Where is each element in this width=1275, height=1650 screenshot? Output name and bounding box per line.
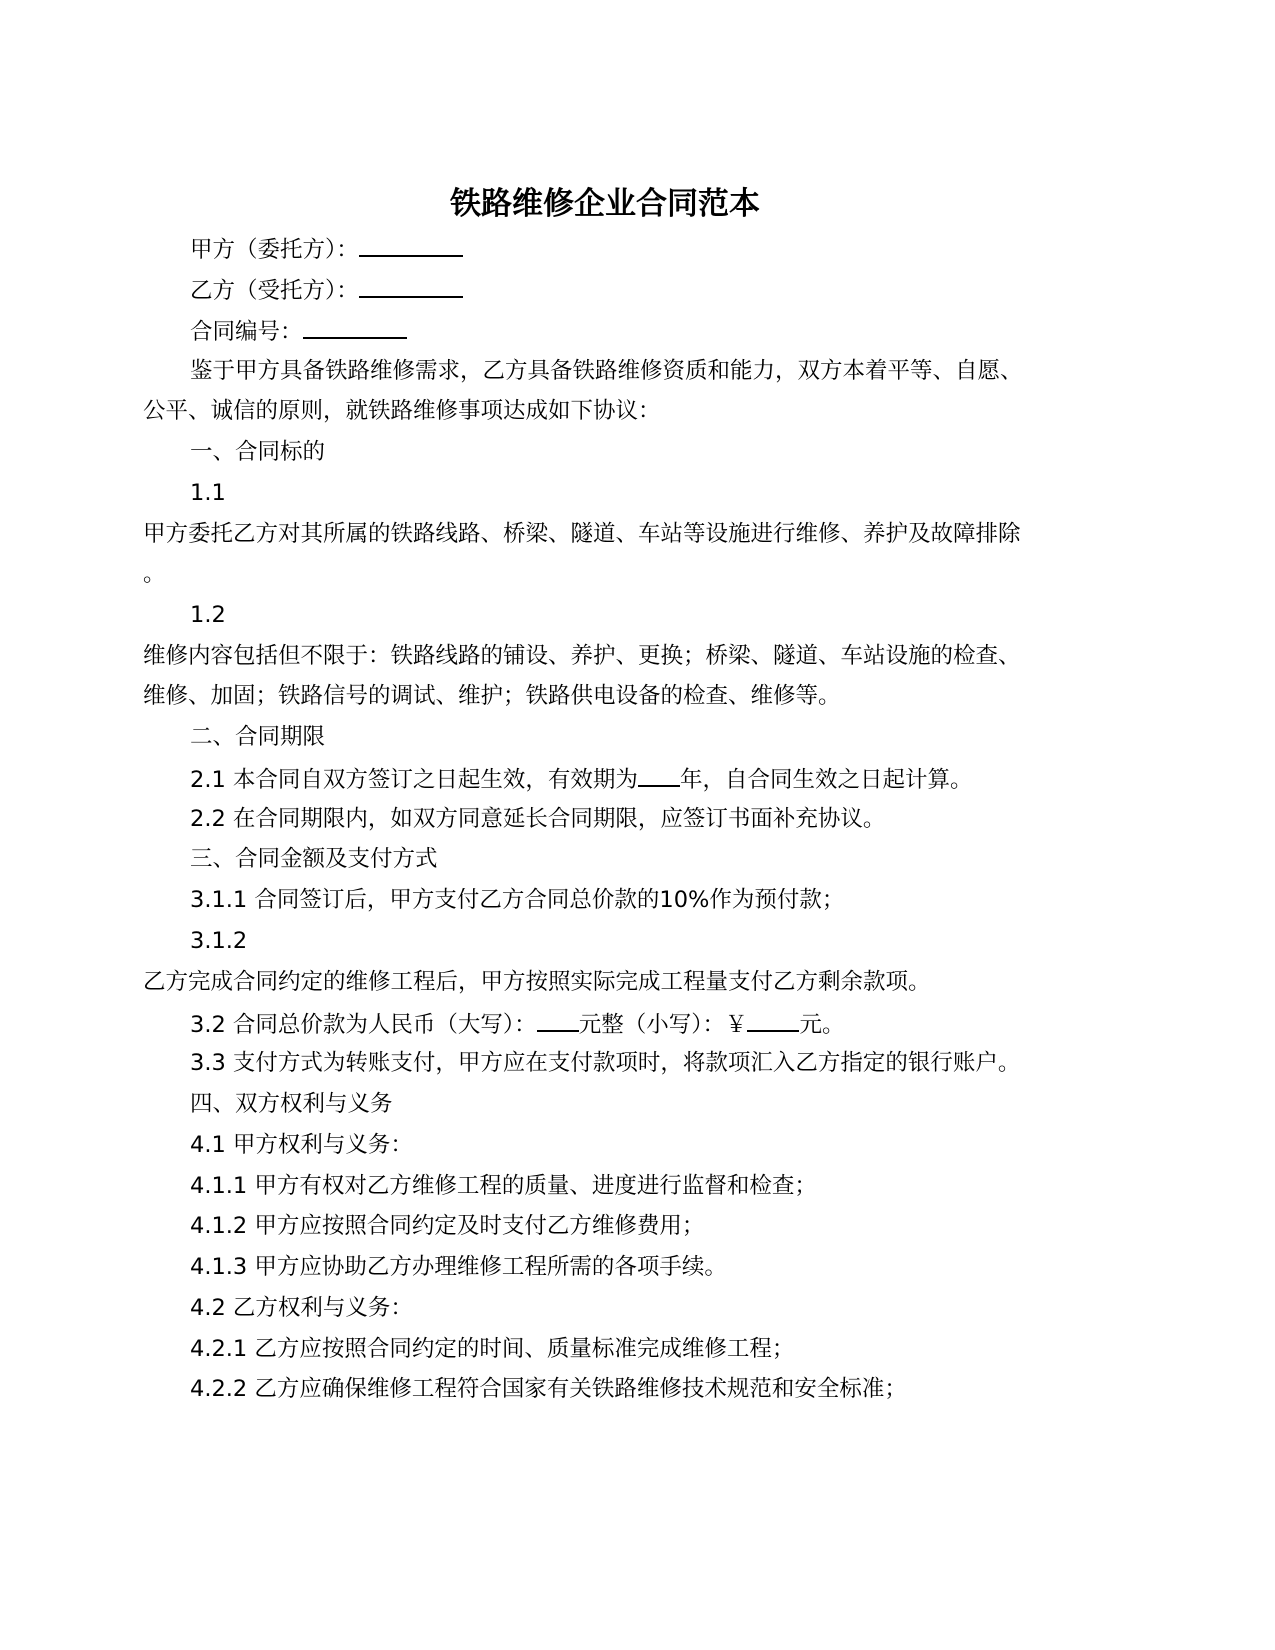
clause-2-1: 2.1 本合同自双方签订之日起生效，有效期为年，自合同生效之日起计算。	[190, 763, 972, 795]
clause-2-1-text-post: 年，自合同生效之日起计算。	[680, 767, 973, 793]
clause-4-2: 4.2 乙方权利与义务：	[190, 1293, 413, 1323]
party-a-label: 甲方（委托方）：	[190, 237, 359, 263]
clause-3-2: 3.2 合同总价款为人民币（大写）：元整（小写）：￥元。	[190, 1008, 844, 1040]
clause-4-1: 4.1 甲方权利与义务：	[190, 1130, 413, 1160]
clause-3-2-text-mid: 元整（小写）：￥	[579, 1012, 748, 1038]
clause-3-2-text-pre: 3.2 合同总价款为人民币（大写）：	[190, 1012, 537, 1038]
clause-3-1-2-text: 乙方完成合同约定的维修工程后，甲方按照实际完成工程量支付乙方剩余款项。	[143, 967, 931, 997]
document-page: 铁路维修企业合同范本 甲方（委托方）： 乙方（受托方）： 合同编号： 鉴于甲方具…	[0, 0, 1275, 1650]
clause-1-1-number: 1.1	[190, 478, 226, 508]
clause-1-2-text-line-1: 维修内容包括但不限于：铁路线路的铺设、养护、更换；桥梁、隧道、车站设施的检查、	[143, 641, 1021, 671]
section-2-heading: 二、合同期限	[190, 722, 325, 752]
party-a-blank	[359, 233, 463, 257]
clause-3-2-text-post: 元。	[799, 1012, 844, 1038]
term-years-blank	[638, 763, 680, 787]
document-title: 铁路维修企业合同范本	[0, 178, 1210, 223]
party-b-field: 乙方（受托方）：	[190, 274, 463, 306]
amount-words-blank	[537, 1008, 579, 1032]
contract-number-field: 合同编号：	[190, 315, 407, 347]
clause-4-1-1: 4.1.1 甲方有权对乙方维修工程的质量、进度进行监督和检查；	[190, 1171, 817, 1201]
clause-1-2-number: 1.2	[190, 600, 226, 630]
contract-number-label: 合同编号：	[190, 319, 303, 345]
section-1-heading: 一、合同标的	[190, 437, 325, 467]
clause-1-1-text: 甲方委托乙方对其所属的铁路线路、桥梁、隧道、车站等设施进行维修、养护及故障排除	[143, 519, 1021, 549]
clause-1-1-text-end: 。	[143, 559, 166, 589]
clause-4-2-2: 4.2.2 乙方应确保维修工程符合国家有关铁路维修技术规范和安全标准；	[190, 1374, 907, 1404]
clause-1-2-text-line-2: 维修、加固；铁路信号的调试、维护；铁路供电设备的检查、维修等。	[143, 681, 841, 711]
party-a-field: 甲方（委托方）：	[190, 233, 463, 265]
preamble-line-1: 鉴于甲方具备铁路维修需求，乙方具备铁路维修资质和能力，双方本着平等、自愿、	[190, 356, 1023, 386]
preamble-line-2: 公平、诚信的原则，就铁路维修事项达成如下协议：	[143, 396, 661, 426]
party-b-label: 乙方（受托方）：	[190, 278, 359, 304]
clause-4-1-2: 4.1.2 甲方应按照合同约定及时支付乙方维修费用；	[190, 1211, 704, 1241]
clause-3-3: 3.3 支付方式为转账支付，甲方应在支付款项时，将款项汇入乙方指定的银行账户。	[190, 1048, 1020, 1078]
clause-3-1-1: 3.1.1 合同签订后，甲方支付乙方合同总价款的10%作为预付款；	[190, 885, 844, 915]
clause-4-1-3: 4.1.3 甲方应协助乙方办理维修工程所需的各项手续。	[190, 1252, 727, 1282]
section-4-heading: 四、双方权利与义务	[190, 1089, 393, 1119]
amount-figures-blank	[747, 1008, 799, 1032]
clause-4-2-1: 4.2.1 乙方应按照合同约定的时间、质量标准完成维修工程；	[190, 1334, 794, 1364]
clause-3-1-2-number: 3.1.2	[190, 926, 247, 956]
contract-number-blank	[303, 315, 407, 339]
clause-2-1-text-pre: 2.1 本合同自双方签订之日起生效，有效期为	[190, 767, 638, 793]
party-b-blank	[359, 274, 463, 298]
clause-2-2: 2.2 在合同期限内，如双方同意延长合同期限，应签订书面补充协议。	[190, 804, 885, 834]
section-3-heading: 三、合同金额及支付方式	[190, 844, 438, 874]
